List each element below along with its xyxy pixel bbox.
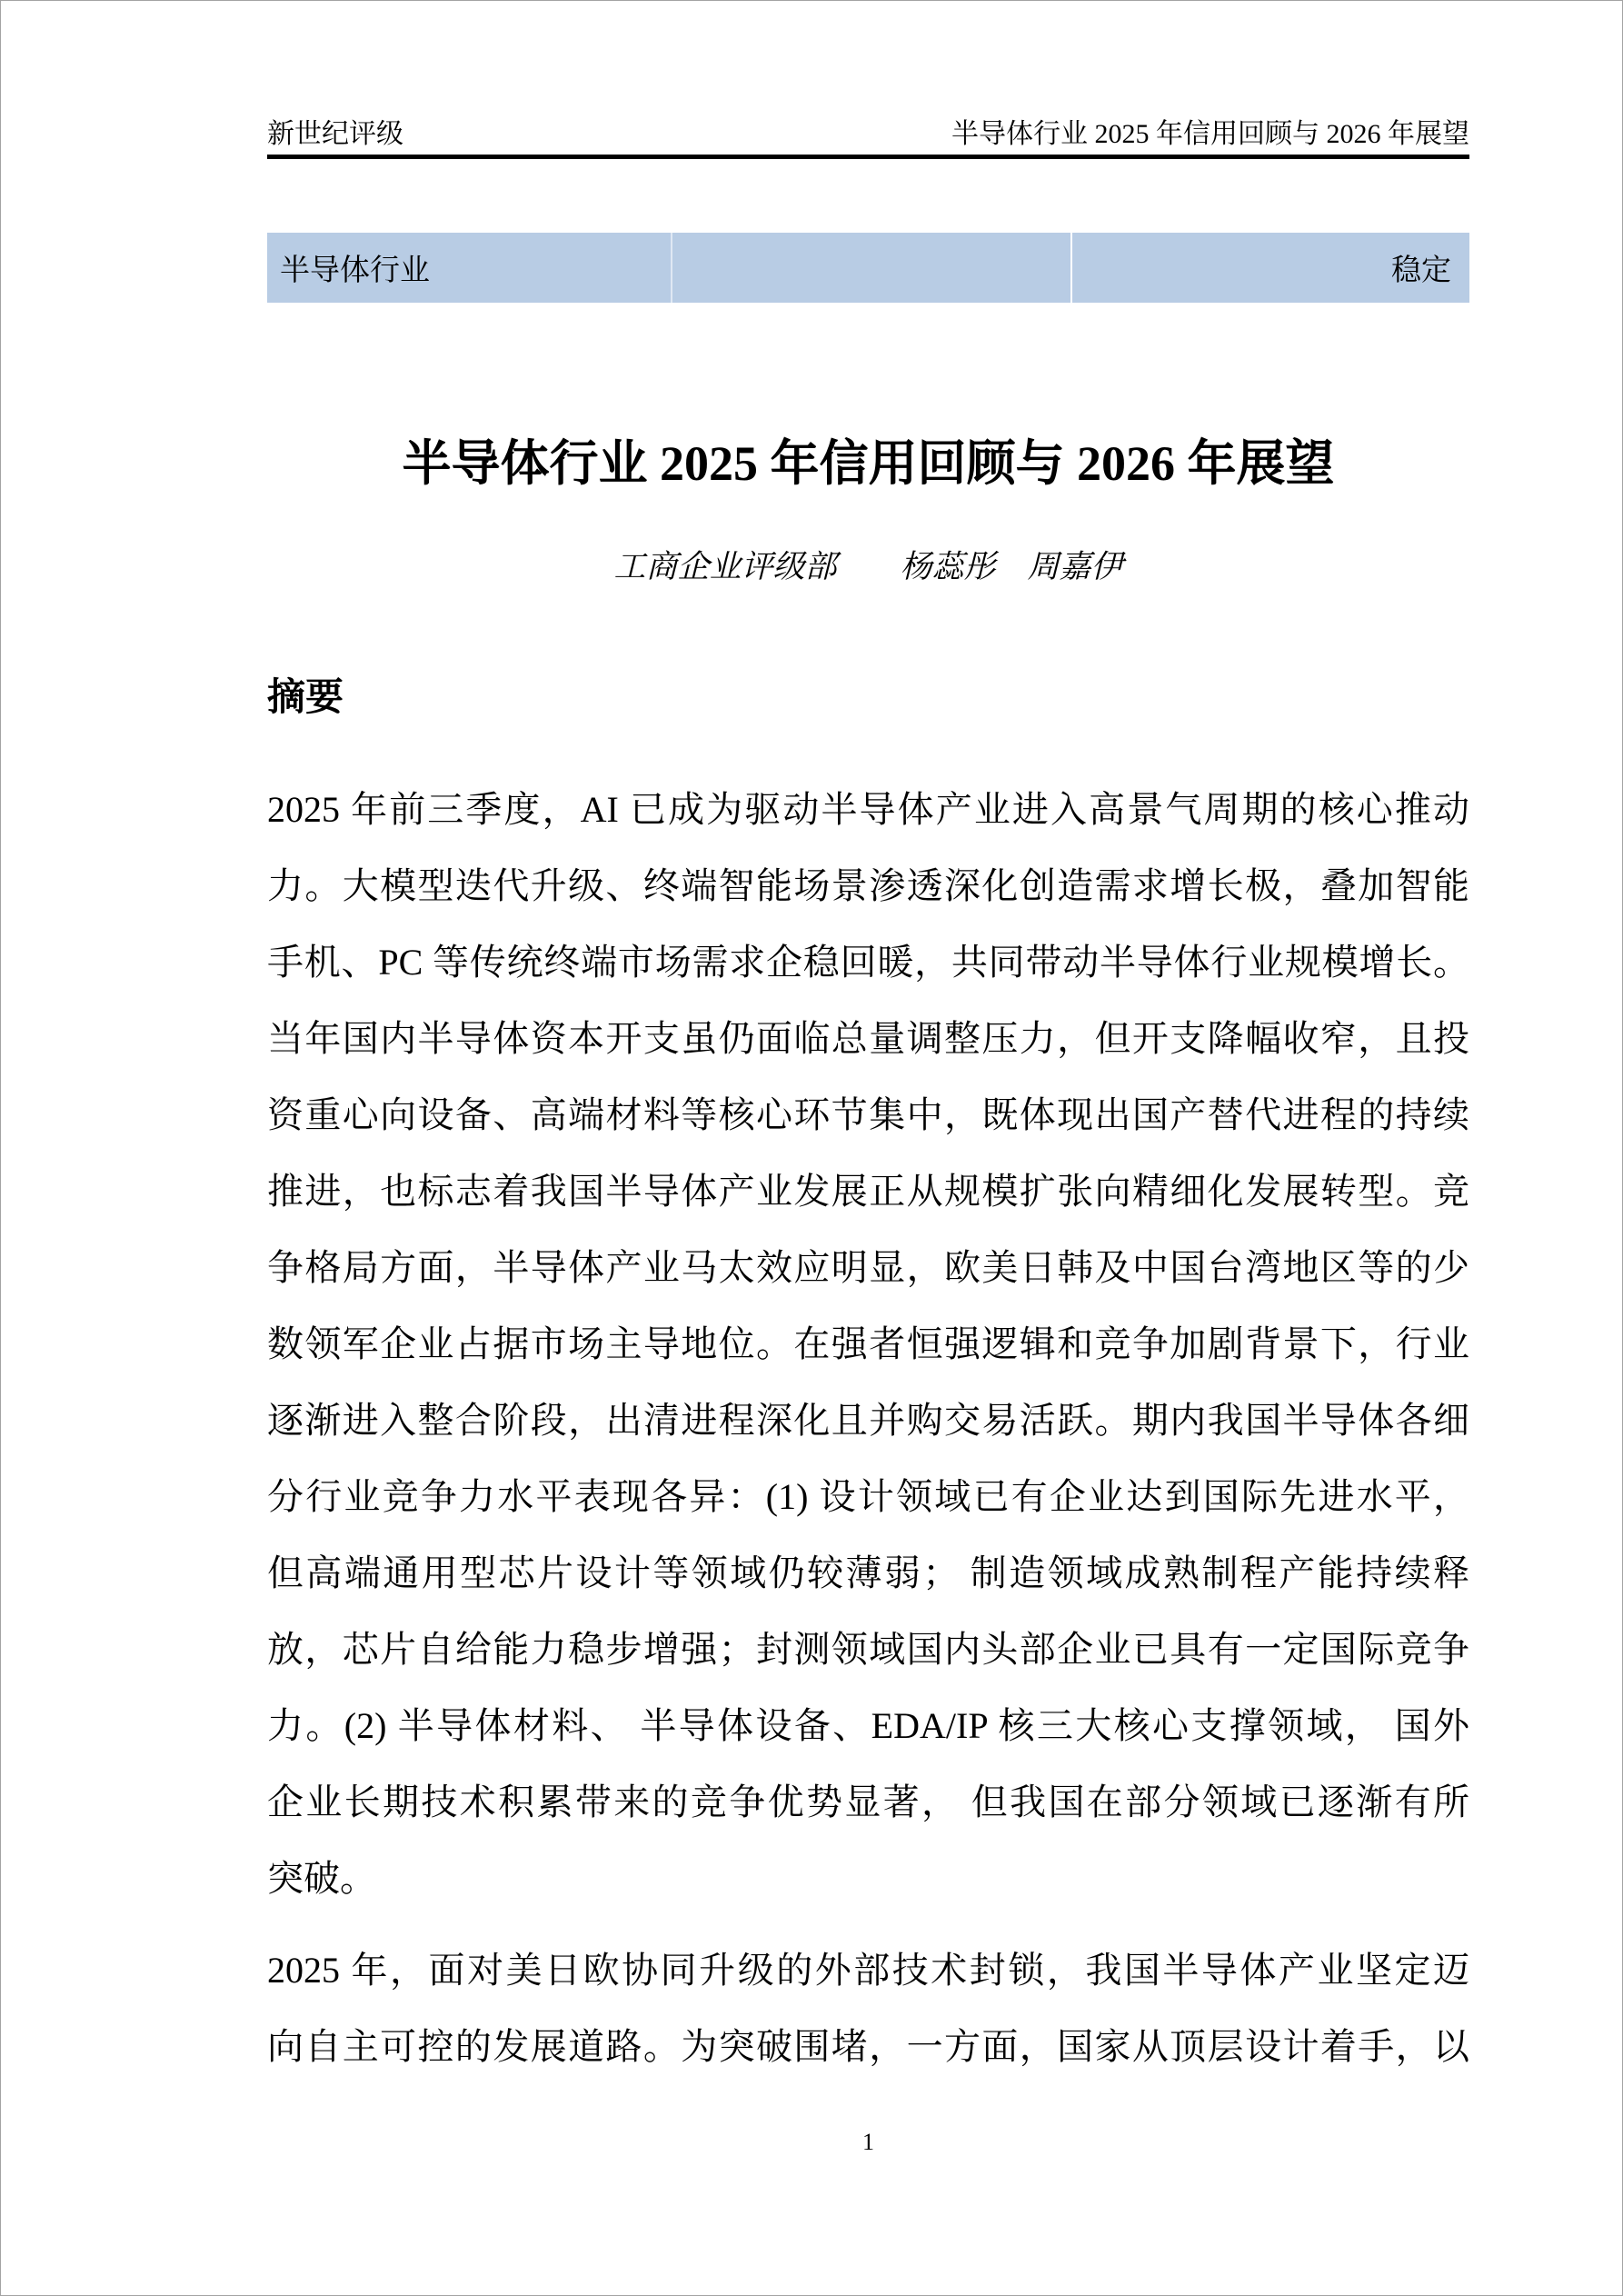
- body-line: 逐渐进入整合阶段，出清进程深化且并购交易活跃。期内我国半导体各细: [267, 1383, 1469, 1459]
- banner-spacer-cell: [671, 233, 1070, 303]
- body-line: 争格局方面，半导体产业马太效应明显，欧美日韩及中国台湾地区等的少: [267, 1230, 1469, 1306]
- body-line: 向自主可控的发展道路。为突破围堵，一方面，国家从顶层设计着手，以: [267, 2009, 1469, 2085]
- paragraph: 2025 年，面对美日欧协同升级的外部技术封锁，我国半导体产业坚定迈向自主可控的…: [267, 1932, 1469, 2085]
- body-line: 企业长期技术积累带来的竞争优势显著， 但我国在部分领域已逐渐有所: [267, 1764, 1469, 1841]
- byline: 工商企业评级部 杨蕊彤 周嘉伊: [267, 544, 1469, 591]
- body-line: 力。大模型迭代升级、终端智能场景渗透深化创造需求增长极，叠加智能: [267, 848, 1469, 924]
- body-line: 资重心向设备、高端材料等核心环节集中，既体现出国产替代进程的持续: [267, 1077, 1469, 1153]
- page-number: 1: [267, 2129, 1469, 2156]
- banner-industry-cell: 半导体行业: [267, 233, 671, 303]
- header-report-title: 半导体行业 2025 年信用回顾与 2026 年展望: [951, 119, 1469, 150]
- body-line: 推进，也标志着我国半导体产业发展正从规模扩张向精细化发展转型。竞: [267, 1153, 1469, 1230]
- industry-label: 半导体行业: [280, 246, 430, 289]
- body-line: 手机、PC 等传统终端市场需求企稳回暖，共同带动半导体行业规模增长。: [267, 924, 1469, 1001]
- body-line: 但高端通用型芯片设计等领域仍较薄弱； 制造领域成熟制程产能持续释: [267, 1535, 1469, 1612]
- body-line: 2025 年前三季度，AI 已成为驱动半导体产业进入高景气周期的核心推动: [267, 772, 1469, 848]
- paragraph: 2025 年前三季度，AI 已成为驱动半导体产业进入高景气周期的核心推动力。大模…: [267, 772, 1469, 1917]
- page-content: 新世纪评级 半导体行业 2025 年信用回顾与 2026 年展望 半导体行业 稳…: [1, 119, 1622, 2156]
- body-line: 2025 年，面对美日欧协同升级的外部技术封锁，我国半导体产业坚定迈: [267, 1932, 1469, 2009]
- industry-outlook-banner: 半导体行业 稳定: [267, 233, 1469, 303]
- page-title: 半导体行业 2025 年信用回顾与 2026 年展望: [267, 435, 1469, 492]
- body-line: 突破。: [267, 1841, 1469, 1917]
- body-line: 当年国内半导体资本开支虽仍面临总量调整压力，但开支降幅收窄，且投: [267, 1001, 1469, 1077]
- body-line: 分行业竞争力水平表现各异：(1) 设计领域已有企业达到国际先进水平，: [267, 1459, 1469, 1535]
- header-agency-name: 新世纪评级: [267, 119, 403, 150]
- body-line: 力。(2) 半导体材料、 半导体设备、EDA/IP 核三大核心支撑领域， 国外: [267, 1688, 1469, 1764]
- banner-outlook-cell: 稳定: [1070, 233, 1469, 303]
- body-paragraphs: 2025 年前三季度，AI 已成为驱动半导体产业进入高景气周期的核心推动力。大模…: [267, 772, 1469, 2085]
- body-line: 数领军企业占据市场主导地位。在强者恒强逻辑和竞争加剧背景下，行业: [267, 1306, 1469, 1383]
- running-header: 新世纪评级 半导体行业 2025 年信用回顾与 2026 年展望: [267, 119, 1469, 150]
- body-line: 放，芯片自给能力稳步增强；封测领域国内头部企业已具有一定国际竞争: [267, 1612, 1469, 1688]
- abstract-heading: 摘要: [267, 674, 1469, 720]
- outlook-label: 稳定: [1391, 246, 1451, 289]
- header-rule: [267, 155, 1469, 159]
- document-page: 新世纪评级 半导体行业 2025 年信用回顾与 2026 年展望 半导体行业 稳…: [0, 0, 1623, 2296]
